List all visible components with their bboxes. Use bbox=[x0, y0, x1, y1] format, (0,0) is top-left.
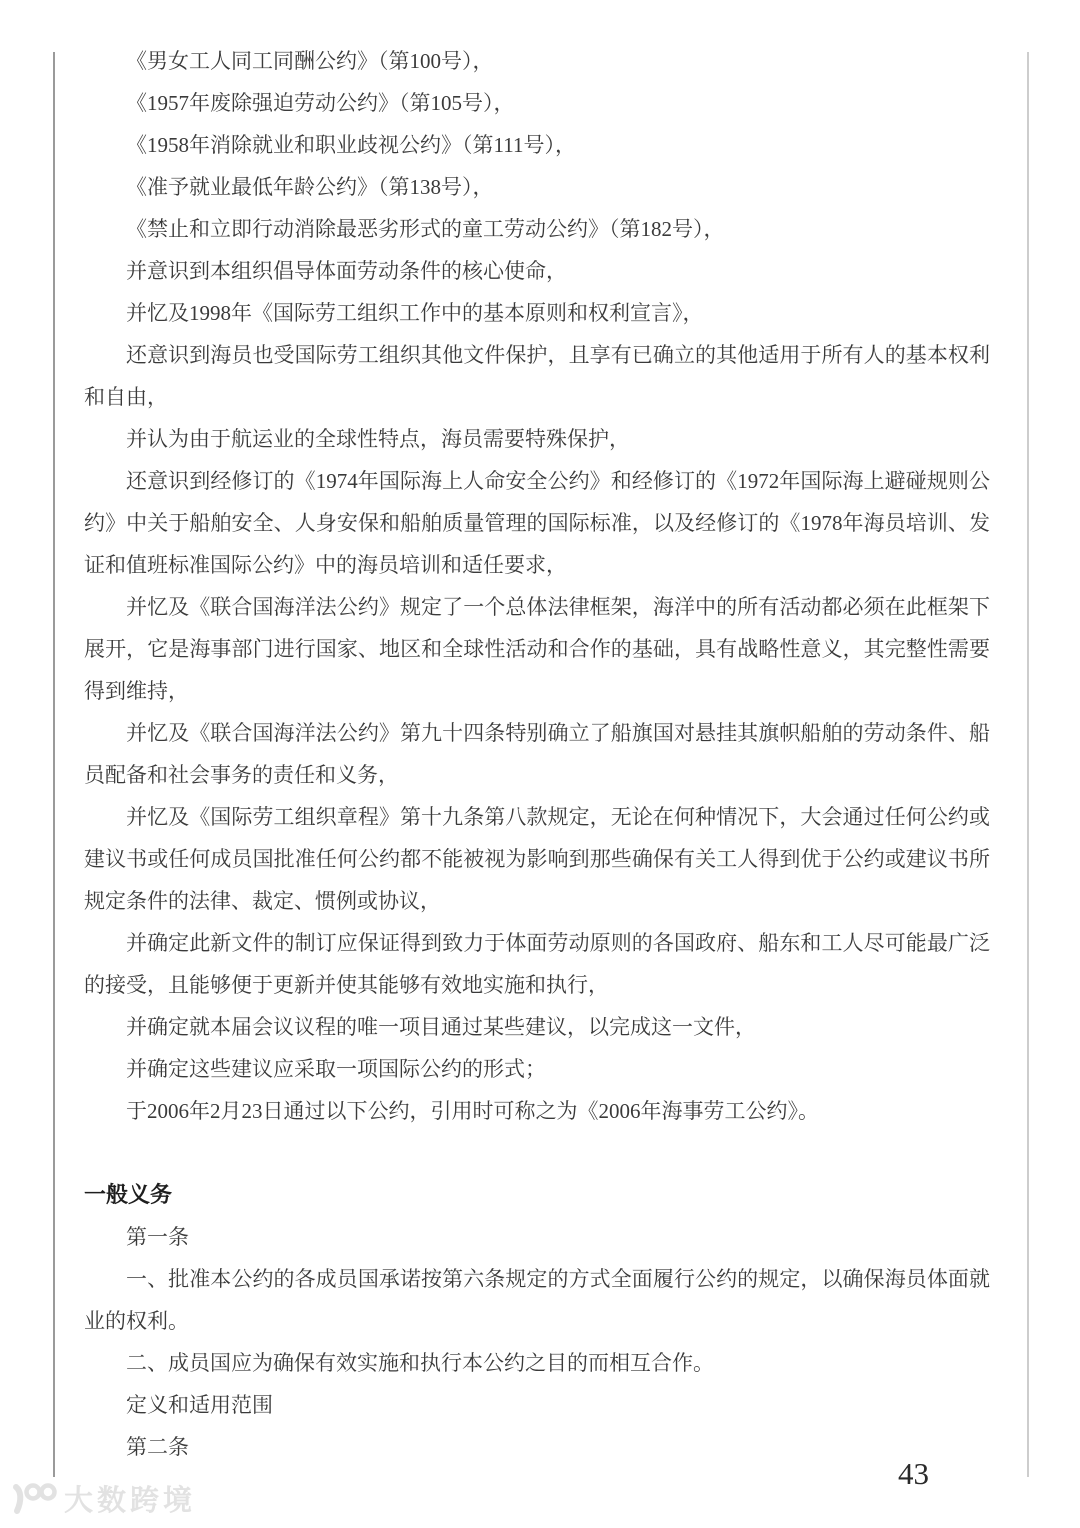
page-number: 43 bbox=[898, 1456, 929, 1492]
text-line: 《1958年消除就业和职业歧视公约》（第111号）， bbox=[84, 124, 990, 166]
text-line: 并忆及《国际劳工组织章程》第十九条第八款规定，无论在何种情况下，大会通过任何公约… bbox=[84, 796, 990, 838]
text-line: 并确定此新文件的制订应保证得到致力于体面劳动原则的各国政府、船东和工人尽可能最广… bbox=[84, 922, 990, 964]
text-line: 还意识到海员也受国际劳工组织其他文件保护，且享有已确立的其他适用于所有人的基本权… bbox=[84, 334, 990, 376]
text-line: 业的权利。 bbox=[84, 1300, 990, 1342]
text-line: 第一条 bbox=[84, 1216, 990, 1258]
text-line: 《1957年废除强迫劳动公约》（第105号）， bbox=[84, 82, 990, 124]
text-line: 并意识到本组织倡导体面劳动条件的核心使命， bbox=[84, 250, 990, 292]
section-heading: 一般义务 bbox=[84, 1174, 990, 1216]
text-line: 定义和适用范围 bbox=[84, 1384, 990, 1426]
text-line: 并忆及《联合国海洋法公约》规定了一个总体法律框架，海洋中的所有活动都必须在此框架… bbox=[84, 586, 990, 628]
text-line: 还意识到经修订的《1974年国际海上人命安全公约》和经修订的《1972年国际海上… bbox=[84, 460, 990, 502]
text-line: 展开，它是海事部门进行国家、地区和全球性活动和合作的基础，具有战略性意义，其完整… bbox=[84, 628, 990, 670]
watermark-text: 大数跨境 bbox=[64, 1478, 196, 1519]
document-page: 《男女工人同工同酬公约》（第100号），《1957年废除强迫劳动公约》（第105… bbox=[0, 0, 1080, 1528]
text-line: 规定条件的法律、裁定、惯例或协议， bbox=[84, 880, 990, 922]
watermark-logo-icon bbox=[8, 1480, 58, 1518]
left-margin-line bbox=[53, 52, 55, 1477]
text-line: 并忆及1998年《国际劳工组织工作中的基本原则和权利宣言》， bbox=[84, 292, 990, 334]
text-line: 《男女工人同工同酬公约》（第100号）， bbox=[84, 40, 990, 82]
text-line: 《准予就业最低年龄公约》（第138号）， bbox=[84, 166, 990, 208]
text-line: 建议书或任何成员国批准任何公约都不能被视为影响到那些确保有关工人得到优于公约或建… bbox=[84, 838, 990, 880]
right-margin-line bbox=[1027, 52, 1029, 1477]
text-line: 第二条 bbox=[84, 1426, 990, 1468]
text-line: 一、批准本公约的各成员国承诺按第六条规定的方式全面履行公约的规定，以确保海员体面… bbox=[84, 1258, 990, 1300]
text-line: 并确定就本届会议议程的唯一项目通过某些建议，以完成这一文件， bbox=[84, 1006, 990, 1048]
text-line: 于2006年2月23日通过以下公约，引用时可称之为《2006年海事劳工公约》。 bbox=[84, 1090, 990, 1132]
text-line: 约》中关于船舶安全、人身安保和船舶质量管理的国际标准，以及经修订的《1978年海… bbox=[84, 502, 990, 544]
text-line: 证和值班标准国际公约》中的海员培训和适任要求， bbox=[84, 544, 990, 586]
text-line: 得到维持， bbox=[84, 670, 990, 712]
text-line: 并确定这些建议应采取一项国际公约的形式； bbox=[84, 1048, 990, 1090]
text-line: 并忆及《联合国海洋法公约》第九十四条特别确立了船旗国对悬挂其旗帜船舶的劳动条件、… bbox=[84, 712, 990, 754]
text-line: 并认为由于航运业的全球性特点，海员需要特殊保护， bbox=[84, 418, 990, 460]
text-line: 《禁止和立即行动消除最恶劣形式的童工劳动公约》（第182号）， bbox=[84, 208, 990, 250]
text-line: 二、成员国应为确保有效实施和执行本公约之目的而相互合作。 bbox=[84, 1342, 990, 1384]
document-body: 《男女工人同工同酬公约》（第100号），《1957年废除强迫劳动公约》（第105… bbox=[84, 40, 990, 1468]
text-line: 和自由， bbox=[84, 376, 990, 418]
text-line: 员配备和社会事务的责任和义务， bbox=[84, 754, 990, 796]
text-line: 的接受，且能够便于更新并使其能够有效地实施和执行， bbox=[84, 964, 990, 1006]
watermark: 大数跨境 bbox=[8, 1478, 196, 1519]
